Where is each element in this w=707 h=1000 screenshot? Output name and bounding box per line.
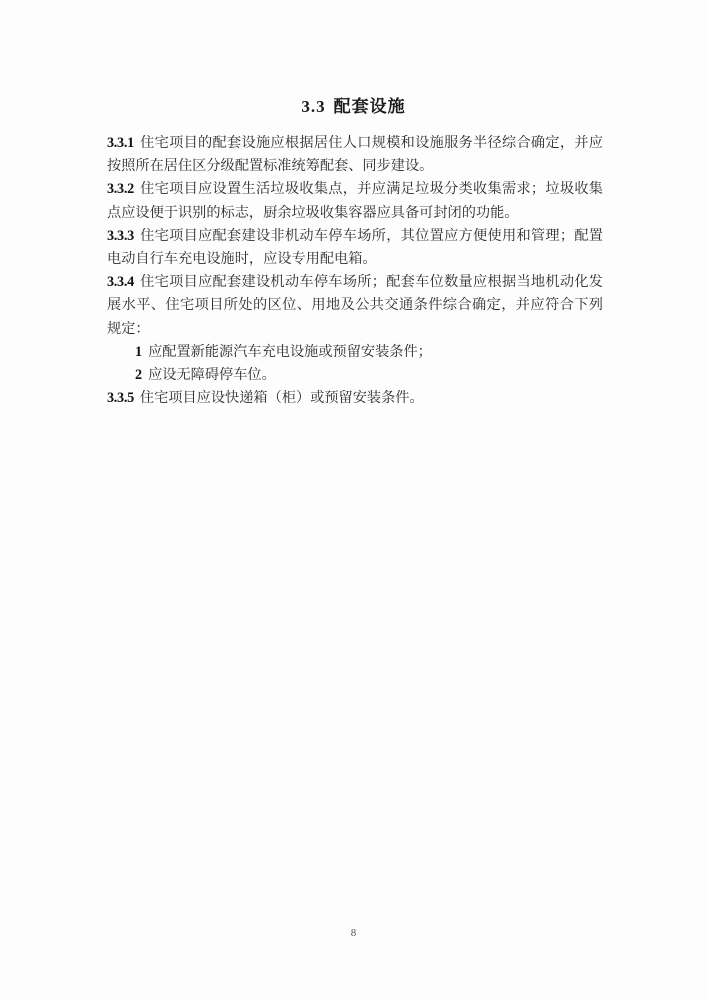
clause-3-3-1: 3.3.1住宅项目的配套设施应根据居住人口规模和设施服务半径综合确定，并应按照所… — [107, 132, 603, 178]
clause-number: 3.3.5 — [107, 390, 134, 406]
clause-3-3-5: 3.3.5住宅项目应设快递箱（柜）或预留安装条件。 — [107, 387, 603, 410]
clause-number: 3.3.4 — [107, 274, 134, 290]
document-page: 3.3配套设施 3.3.1住宅项目的配套设施应根据居住人口规模和设施服务半径综合… — [0, 0, 707, 1000]
item-text: 应设无障碍停车位。 — [148, 367, 276, 383]
clause-text: 住宅项目应配套建设机动车停车场所；配套车位数量应根据当地机动化发展水平、住宅项目… — [107, 274, 603, 336]
clause-3-3-4-item-2: 2应设无障碍停车位。 — [107, 364, 603, 387]
clause-text: 住宅项目应设快递箱（柜）或预留安装条件。 — [140, 390, 424, 406]
item-number: 1 — [135, 344, 142, 360]
item-number: 2 — [135, 367, 142, 383]
item-text: 应配置新能源汽车充电设施或预留安装条件； — [148, 344, 432, 360]
clause-number: 3.3.2 — [107, 181, 134, 197]
clause-text: 住宅项目的配套设施应根据居住人口规模和设施服务半径综合确定，并应按照所在居住区分… — [107, 135, 603, 174]
section-number: 3.3 — [301, 97, 325, 116]
clause-3-3-4: 3.3.4住宅项目应配套建设机动车停车场所；配套车位数量应根据当地机动化发展水平… — [107, 271, 603, 341]
clause-text: 住宅项目应配套建设非机动车停车场所，其位置应方便使用和管理；配置电动自行车充电设… — [107, 228, 603, 267]
clause-text: 住宅项目应设置生活垃圾收集点，并应满足垃圾分类收集需求；垃圾收集点应设便于识别的… — [107, 181, 603, 220]
clause-3-3-3: 3.3.3住宅项目应配套建设非机动车停车场所，其位置应方便使用和管理；配置电动自… — [107, 225, 603, 271]
clause-number: 3.3.3 — [107, 228, 134, 244]
section-body: 3.3.1住宅项目的配套设施应根据居住人口规模和设施服务半径综合确定，并应按照所… — [107, 132, 603, 410]
section-heading: 3.3配套设施 — [0, 92, 707, 117]
page-number: 8 — [0, 927, 707, 939]
clause-number: 3.3.1 — [107, 135, 134, 151]
clause-3-3-4-item-1: 1应配置新能源汽车充电设施或预留安装条件； — [107, 341, 603, 364]
section-title: 配套设施 — [334, 97, 406, 117]
clause-3-3-2: 3.3.2住宅项目应设置生活垃圾收集点，并应满足垃圾分类收集需求；垃圾收集点应设… — [107, 178, 603, 224]
